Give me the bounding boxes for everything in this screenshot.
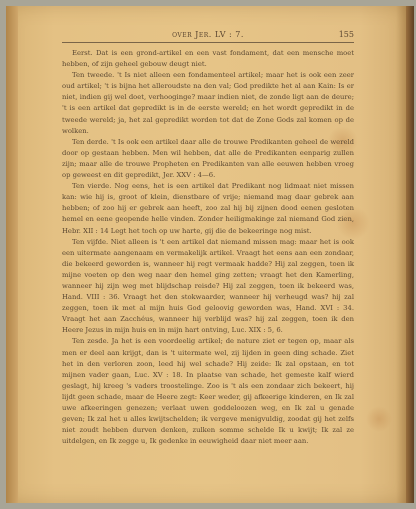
body-text: Eerst. Dat is een grond-artikel en een v… <box>62 48 354 447</box>
book-page: over Jer. LV : 7. 155 Eerst. Dat is een … <box>6 6 408 503</box>
paragraph-ten-zesde: Ten zesde. Ja het is een voordeelig arti… <box>62 336 354 447</box>
book-edge <box>406 6 414 503</box>
scanned-book-page: over Jer. LV : 7. 155 Eerst. Dat is een … <box>0 0 416 509</box>
paragraph-ten-derde: Ten derde. 't Is ook een artikel daar al… <box>62 137 354 181</box>
paragraph-ten-tweede: Ten tweede. 't Is niet alleen een fondam… <box>62 70 354 137</box>
page-number: 155 <box>339 30 354 39</box>
paper-stain <box>366 406 392 432</box>
paragraph-eerst: Eerst. Dat is een grond-artikel en een v… <box>62 48 354 70</box>
running-header: over Jer. LV : 7. 155 <box>62 30 354 43</box>
paragraph-ten-vijfde: Ten vijfde. Niet alleen is 't een artike… <box>62 237 354 337</box>
page-gutter <box>6 6 18 503</box>
running-title: over Jer. LV : 7. <box>62 30 354 39</box>
paragraph-ten-vierde: Ten vierde. Nog eens, het is een artikel… <box>62 181 354 236</box>
